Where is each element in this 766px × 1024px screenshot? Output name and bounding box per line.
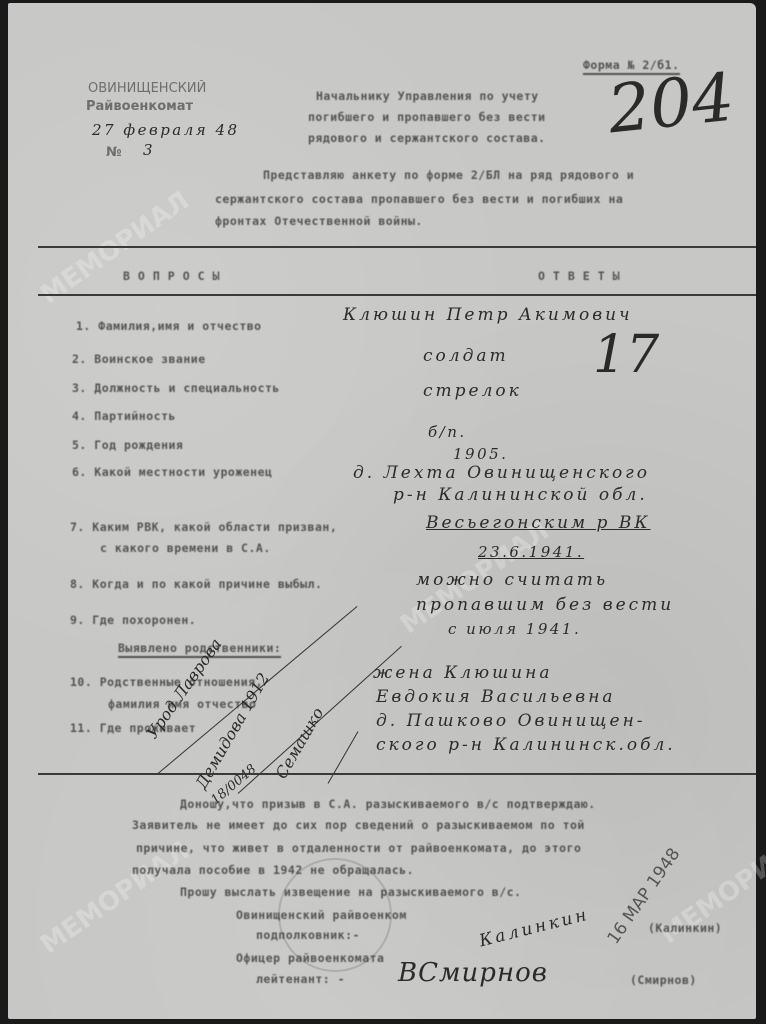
question-6: 6. Какой местности уроженец bbox=[72, 465, 272, 479]
question-8: 8. Когда и по какой причине выбыл. bbox=[70, 577, 322, 591]
stamp-number: 3 bbox=[143, 141, 155, 159]
answer-7: Весьегонским р ВК bbox=[426, 513, 650, 533]
question-10: 10. Родственные отношения, bbox=[70, 675, 263, 689]
divider bbox=[38, 294, 756, 296]
question-11: 11. Где проживает bbox=[70, 721, 196, 735]
answer-7-line2: 23.6.1941. bbox=[478, 543, 584, 561]
strike-line bbox=[328, 731, 359, 783]
question-1: 1. Фамилия,имя и отчество bbox=[76, 319, 262, 333]
signer-1-title: Овинищенский райвоенком bbox=[236, 908, 407, 922]
question-2: 2. Воинское звание bbox=[72, 352, 206, 366]
addressee-line: рядового и сержантского состава. bbox=[308, 131, 546, 145]
answer-6-line2: р-н Калининской обл. bbox=[393, 485, 648, 505]
column-questions: ВОПРОСЫ bbox=[123, 269, 227, 283]
question-9: 9. Где похоронен. bbox=[70, 613, 196, 627]
intro-line: Представляю анкету по форме 2/БЛ на ряд … bbox=[263, 168, 634, 182]
intro-line: сержантского состава пропавшего без вест… bbox=[215, 192, 623, 206]
intro-line: фронтах Отечественной войны. bbox=[215, 214, 423, 228]
signer-2-title: Офицер райвоенкомата bbox=[236, 951, 384, 965]
answer-10-line2: Евдокия Васильевна bbox=[376, 687, 616, 707]
answer-11: д. Пашково Овинищен- bbox=[376, 711, 646, 731]
column-answers: ОТВЕТЫ bbox=[538, 269, 628, 283]
answer-8-line2: пропавшим без вести bbox=[416, 595, 674, 615]
margin-note: Семашко bbox=[272, 704, 328, 782]
answer-2: солдат bbox=[423, 346, 509, 366]
divider bbox=[38, 246, 756, 248]
answer-5: 1905. bbox=[453, 445, 508, 463]
addressee-line: погибшего и пропавшего без вести bbox=[308, 110, 546, 124]
watermark: МЕМОРИАЛ bbox=[35, 186, 195, 310]
answer-1: Клюшин Петр Акимович bbox=[343, 305, 633, 325]
signer-1-name: (Калинкин) bbox=[648, 921, 722, 935]
document-page: МЕМОРИАЛ МЕМОРИАЛ МЕМОРИАЛ МЕМОРИАЛ ОВИН… bbox=[8, 3, 756, 1019]
report-line: Доношу,что призыв в С.А. разыскиваемого … bbox=[180, 797, 596, 811]
signer-1-signature: Калинкин bbox=[477, 905, 591, 952]
answer-4: б/п. bbox=[428, 423, 467, 441]
margin-mark-17: 17 bbox=[593, 325, 659, 385]
signer-2-signature: ВСмирнов bbox=[398, 958, 548, 988]
answer-11-line2: ского р-н Калининск.обл. bbox=[376, 735, 676, 755]
signer-1-rank: подполковник:- bbox=[256, 928, 360, 942]
question-5: 5. Год рождения bbox=[72, 438, 183, 452]
stamp-office-name: Райвоенкомат bbox=[86, 99, 193, 114]
question-7-line2: с какого времени в С.А. bbox=[100, 541, 271, 555]
stamp-district-name: ОВИНИЩЕНСКИЙ bbox=[88, 81, 206, 96]
addressee-line: Начальнику Управления по учету bbox=[316, 89, 539, 103]
request-line: Прошу выслать извещение на разыскиваемог… bbox=[180, 885, 522, 899]
question-7: 7. Каким РВК, какой области призван, bbox=[70, 520, 337, 534]
big-handwritten-number: 204 bbox=[604, 59, 737, 149]
report-line: причине, что живет в отдаленности от рай… bbox=[136, 841, 581, 855]
report-line: Заявитель не имеет до сих пор сведений о… bbox=[132, 818, 585, 832]
answer-8-line3: с июля 1941. bbox=[448, 620, 581, 638]
question-3: 3. Должность и специальность bbox=[72, 381, 280, 395]
stamp-number-label: № bbox=[106, 145, 122, 160]
answer-6: д. Лехта Овинищенского bbox=[353, 463, 650, 483]
answer-10: жена Клюшина bbox=[373, 663, 552, 683]
stamp-date: 27 февраля 48 bbox=[92, 121, 240, 139]
signer-2-rank: лейтенант: - bbox=[256, 972, 345, 986]
signer-2-name: (Смирнов) bbox=[630, 973, 697, 987]
answer-8: можно считать bbox=[416, 570, 608, 590]
answer-3: стрелок bbox=[423, 381, 522, 401]
divider bbox=[38, 773, 756, 775]
question-4: 4. Партийность bbox=[72, 409, 176, 423]
